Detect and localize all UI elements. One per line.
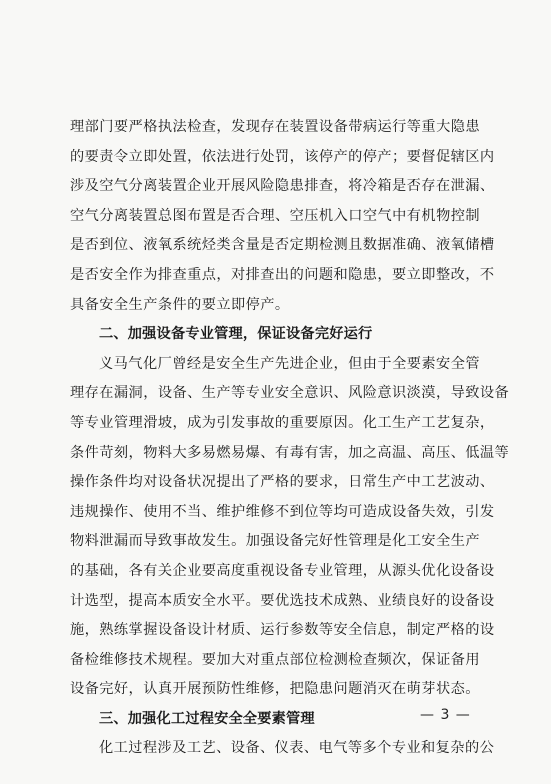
text-line: 具备安全生产条件的要立即停产。 <box>70 291 480 321</box>
text-line: 义马气化厂曾经是安全生产先进企业，但由于全要素安全管 <box>70 350 480 380</box>
document-page: 理部门要严格执法检查，发现存在装置设备带病运行等重大隐患 的要责令立即处置，依法… <box>0 0 551 784</box>
text-line: 等专业管理滑坡，成为引发事故的重要原因。化工生产工艺复杂， <box>70 409 480 439</box>
text-line: 理部门要严格执法检查，发现存在装置设备带病运行等重大隐患 <box>70 113 480 143</box>
section-heading: 二、加强设备专业管理，保证设备完好运行 <box>70 320 480 350</box>
text-line: 是否到位、液氧系统烃类含量是否定期检测且数据准确、液氧储槽 <box>70 231 480 261</box>
text-line: 涉及空气分离装置企业开展风险隐患排查，将冷箱是否存在泄漏、 <box>70 172 480 202</box>
text-line: 计选型，提高本质安全水平。要优选技术成熟、业绩良好的设备设 <box>70 587 480 617</box>
text-line: 操作条件均对设备状况提出了严格的要求，日常生产中工艺波动、 <box>70 468 480 498</box>
section-2: 二、加强设备专业管理，保证设备完好运行 义马气化厂曾经是安全生产先进企业，但由于… <box>70 320 480 705</box>
text-line: 是否安全作为排查重点，对排查出的问题和隐患，要立即整改，不 <box>70 261 480 291</box>
text-line: 物料泄漏而导致事故发生。加强设备完好性管理是化工安全生产 <box>70 527 480 557</box>
text-line: 违规操作、使用不当、维护维修不到位等均可造成设备失效，引发 <box>70 498 480 528</box>
text-line: 条件苛刻，物料大多易燃易爆、有毒有害，加之高温、高压、低温等 <box>70 439 480 469</box>
text-line: 的要责令立即处置，依法进行处罚，该停产的停产；要督促辖区内 <box>70 143 480 173</box>
page-body: 理部门要严格执法检查，发现存在装置设备带病运行等重大隐患 的要责令立即处置，依法… <box>70 113 480 764</box>
text-line: 的基础，各有关企业要高度重视设备专业管理，从源头优化设备设 <box>70 557 480 587</box>
continued-paragraph: 理部门要严格执法检查，发现存在装置设备带病运行等重大隐患 的要责令立即处置，依法… <box>70 113 480 320</box>
text-line: 化工过程涉及工艺、设备、仪表、电气等多个专业和复杂的公 <box>70 734 480 764</box>
text-line: 理存在漏洞，设备、生产等专业安全意识、风险意识淡漠，导致设备 <box>70 379 480 409</box>
text-line: 施，熟练掌握设备设计材质、运行参数等安全信息，制定严格的设 <box>70 616 480 646</box>
section-heading: 三、加强化工过程安全全要素管理 <box>70 705 480 735</box>
text-line: 空气分离装置总图布置是否合理、空压机入口空气中有机物控制 <box>70 202 480 232</box>
page-number: — 3 — <box>420 707 471 723</box>
text-line: 设备完好，认真开展预防性维修，把隐患问题消灭在萌芽状态。 <box>70 675 480 705</box>
section-3: 三、加强化工过程安全全要素管理 化工过程涉及工艺、设备、仪表、电气等多个专业和复… <box>70 705 480 764</box>
text-line: 备检维修技术规程。要加大对重点部位检测检查频次，保证备用 <box>70 646 480 676</box>
